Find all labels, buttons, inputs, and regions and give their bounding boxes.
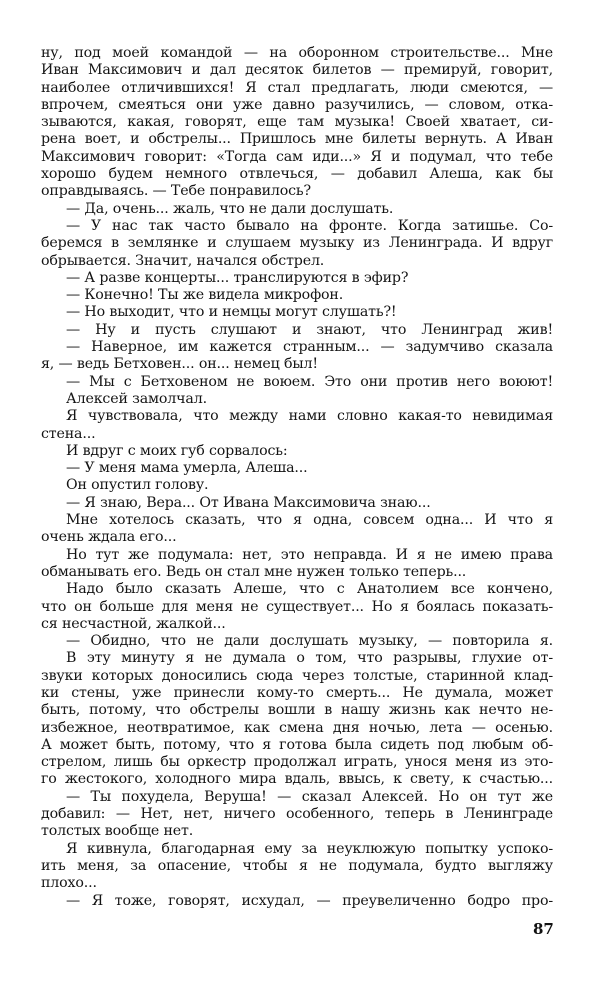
text-line: Надо было сказать Алеше, что с Анатолием… <box>41 581 553 598</box>
text-line: беремся в землянке и слушаем музыку из Л… <box>41 235 553 252</box>
text-line: — Но выходит, что и немцы могут слушать?… <box>41 304 553 321</box>
text-line: очень ждала его... <box>41 529 553 546</box>
text-line: — Мы с Бетховеном не воюем. Это они прот… <box>41 374 553 391</box>
text-line: — Наверное, им кажется странным... — зад… <box>41 339 553 356</box>
book-page-text: ну, под моей командой — на оборонном стр… <box>41 45 553 910</box>
text-line: Я чувствовала, что между нами словно как… <box>41 408 553 425</box>
text-line: Он опустил голову. <box>41 477 553 494</box>
text-line: — У нас так часто бывало на фронте. Когд… <box>41 218 553 235</box>
text-line: — Ну и пусть слушают и знают, что Ленинг… <box>41 322 553 339</box>
text-line: ки стены, уже принесли кому-то смерть...… <box>41 685 553 702</box>
text-line: хорошо будем немного отвлечься, — добави… <box>41 166 553 183</box>
text-line: наиболее отличившихся! Я стал предлагать… <box>41 80 553 97</box>
text-line: Алексей замолчал. <box>41 391 553 408</box>
text-line: зываются, какая, говорят, еще там музыка… <box>41 114 553 131</box>
text-line: — А разве концерты... транслируются в эф… <box>41 270 553 287</box>
text-line: плохо... <box>41 875 553 892</box>
text-line: что он больше для меня не существует... … <box>41 599 553 616</box>
text-line: Иван Максимович и дал десяток билетов — … <box>41 62 553 79</box>
page-number: 87 <box>533 920 554 938</box>
text-line: толстых вообще нет. <box>41 823 553 840</box>
text-line: В эту минуту я не думала о том, что разр… <box>41 650 553 667</box>
text-line: — Я тоже, говорят, исхудал, — преувеличе… <box>41 893 553 910</box>
text-line: впрочем, смеяться они уже давно разучили… <box>41 97 553 114</box>
text-line: быть, потому, что обстрелы вошли в нашу … <box>41 702 553 719</box>
text-line: я, — ведь Бетховен... он... немец был! <box>41 356 553 373</box>
text-line: ить меня, за опасение, чтобы я не подума… <box>41 858 553 875</box>
text-line: — Обидно, что не дали дослушать музыку, … <box>41 633 553 650</box>
text-line: обрывается. Значит, начался обстрел. <box>41 253 553 270</box>
text-line: — Конечно! Ты же видела микрофон. <box>41 287 553 304</box>
text-line: стена... <box>41 426 553 443</box>
text-line: добавил: — Нет, нет, ничего особенного, … <box>41 806 553 823</box>
text-line: рена воет, и обстрелы... Пришлось мне би… <box>41 131 553 148</box>
text-line: ну, под моей командой — на оборонном стр… <box>41 45 553 62</box>
text-line: — Да, очень... жаль, что не дали дослуша… <box>41 201 553 218</box>
text-line: оправдываясь. — Тебе понравилось? <box>41 183 553 200</box>
text-line: — Я знаю, Вера... От Ивана Максимовича з… <box>41 495 553 512</box>
text-line: Мне хотелось сказать, что я одна, совсем… <box>41 512 553 529</box>
text-line: И вдруг с моих губ сорвалось: <box>41 443 553 460</box>
text-line: стрелом, лишь бы оркестр продолжал играт… <box>41 754 553 771</box>
text-line: ся несчастной, жалкой... <box>41 616 553 633</box>
text-line: Я кивнула, благодарная ему за неуклюжую … <box>41 841 553 858</box>
text-line: Но тут же подумала: нет, это неправда. И… <box>41 547 553 564</box>
text-line: избежное, неотвратимое, как смена дня но… <box>41 720 553 737</box>
text-line: го жестокого, холодного мира вдаль, ввыс… <box>41 771 553 788</box>
text-line: — Ты похудела, Веруша! — сказал Алексей.… <box>41 789 553 806</box>
text-line: А может быть, потому, что я готова была … <box>41 737 553 754</box>
text-line: — У меня мама умерла, Алеша... <box>41 460 553 477</box>
text-line: Максимович говорит: «Тогда сам иди...» Я… <box>41 149 553 166</box>
text-line: обманывать его. Ведь он стал мне нужен т… <box>41 564 553 581</box>
text-line: звуки которых доносились сюда через толс… <box>41 668 553 685</box>
